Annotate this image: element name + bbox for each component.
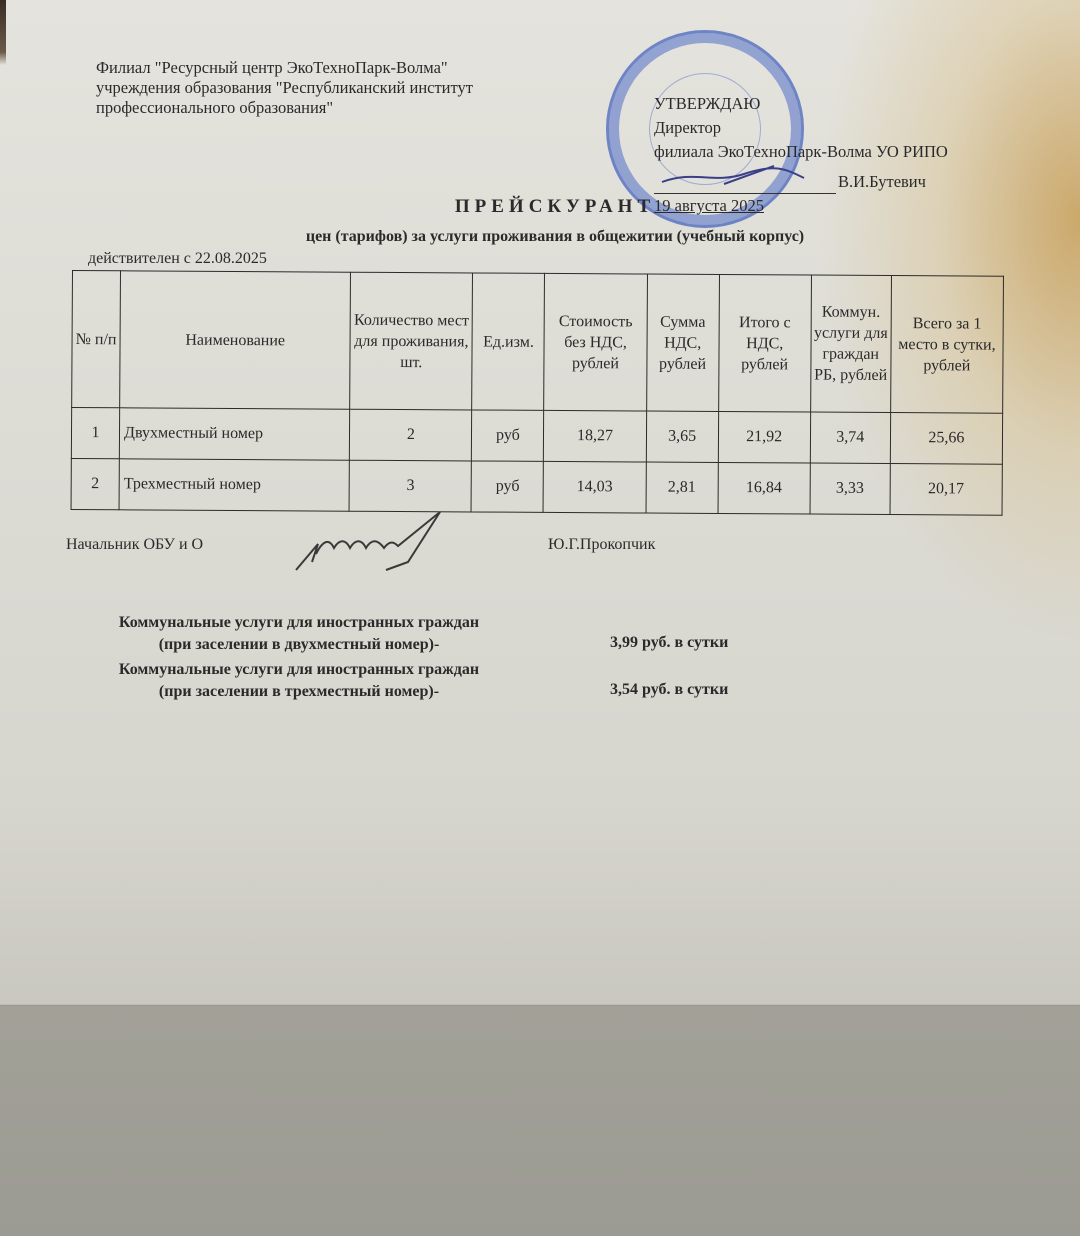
org-line: профессионального образования" xyxy=(96,98,473,118)
utilities-notes: Коммунальные услуги для иностранных граж… xyxy=(76,612,728,706)
table-row: 2 Трехместный номер 3 руб 14,03 2,81 16,… xyxy=(71,458,1002,515)
background-edge xyxy=(0,0,6,65)
director-signature-icon xyxy=(654,164,824,186)
document-page: Филиал "Ресурсный центр ЭкоТехноПарк-Вол… xyxy=(0,0,1080,1005)
column-header-total-with-vat: Итого с НДС, рублей xyxy=(718,274,811,412)
note-value: 3,99 руб. в сутки xyxy=(610,634,728,656)
note-label-line: (при заселении в трехместный номер)- xyxy=(76,681,522,703)
org-line: Филиал "Ресурсный центр ЭкоТехноПарк-Вол… xyxy=(96,58,473,78)
column-header-name: Наименование xyxy=(120,271,351,409)
document-subtitle: цен (тарифов) за услуги проживания в общ… xyxy=(0,228,1080,246)
cell-name: Трехместный номер xyxy=(119,459,350,511)
note-value: 3,54 руб. в сутки xyxy=(610,681,728,703)
cell-number: 2 xyxy=(71,458,119,509)
column-header-utilities-rb: Коммун. услуги для граждан РБ, рублей xyxy=(810,275,891,412)
note-label-line: Коммунальные услуги для иностранных граж… xyxy=(76,612,522,634)
cell-unit: руб xyxy=(471,461,543,512)
note-label-line: Коммунальные услуги для иностранных граж… xyxy=(76,659,522,681)
table-header-row: № п/п Наименование Количество мест для п… xyxy=(72,271,1004,414)
table-row: 1 Двухместный номер 2 руб 18,27 3,65 21,… xyxy=(71,408,1002,465)
cell-utilities-rb: 3,74 xyxy=(810,412,890,463)
document-title: ПРЕЙСКУРАНТ xyxy=(0,196,1080,218)
note-item: Коммунальные услуги для иностранных граж… xyxy=(76,612,728,656)
column-header-unit: Ед.изм. xyxy=(472,273,545,410)
column-header-places: Количество мест для проживания, шт. xyxy=(350,272,473,410)
column-header-vat: Сумма НДС, рублей xyxy=(646,274,719,411)
footer-signer-position: Начальник ОБУ и О xyxy=(66,536,203,554)
approver-branch: филиала ЭкоТехноПарк-Волма УО РИПО xyxy=(654,140,948,164)
signature-underline xyxy=(654,164,836,194)
cell-number: 1 xyxy=(71,408,119,459)
page-edge xyxy=(0,1004,1080,1006)
footer-signature-icon xyxy=(290,508,450,578)
cell-price-no-vat: 14,03 xyxy=(543,461,645,513)
cell-total-per-day: 20,17 xyxy=(890,464,1002,516)
cell-vat: 2,81 xyxy=(646,462,718,513)
note-label: Коммунальные услуги для иностранных граж… xyxy=(76,659,522,703)
column-header-number: № п/п xyxy=(72,271,121,408)
column-header-price-no-vat: Стоимость без НДС, рублей xyxy=(544,273,647,411)
organization-header: Филиал "Ресурсный центр ЭкоТехноПарк-Вол… xyxy=(96,58,473,118)
note-label-line: (при заселении в двухместный номер)- xyxy=(76,634,522,656)
cell-unit: руб xyxy=(472,410,544,461)
cell-price-no-vat: 18,27 xyxy=(544,410,646,462)
org-line: учреждения образования "Республиканский … xyxy=(96,78,473,98)
valid-from: действителен с 22.08.2025 xyxy=(88,250,267,268)
cell-utilities-rb: 3,33 xyxy=(810,463,890,514)
footer-signer-name: Ю.Г.Прокопчик xyxy=(548,536,655,554)
cell-vat: 3,65 xyxy=(646,411,718,462)
approve-label: УТВЕРЖДАЮ xyxy=(654,92,948,116)
approver-position: Директор xyxy=(654,116,948,140)
cell-name: Двухместный номер xyxy=(119,408,350,460)
approver-name: В.И.Бутевич xyxy=(838,172,926,191)
cell-total-with-vat: 21,92 xyxy=(718,411,810,463)
cell-places: 2 xyxy=(350,409,472,461)
note-item: Коммунальные услуги для иностранных граж… xyxy=(76,659,728,703)
approver-signature-line: В.И.Бутевич xyxy=(654,164,948,194)
cell-total-with-vat: 16,84 xyxy=(718,462,810,514)
price-table: № п/п Наименование Количество мест для п… xyxy=(71,270,1004,516)
cell-places: 3 xyxy=(349,460,471,512)
column-header-total-per-day: Всего за 1 место в сутки, рублей xyxy=(890,276,1003,414)
note-label: Коммунальные услуги для иностранных граж… xyxy=(76,612,522,656)
cell-total-per-day: 25,66 xyxy=(890,413,1002,465)
